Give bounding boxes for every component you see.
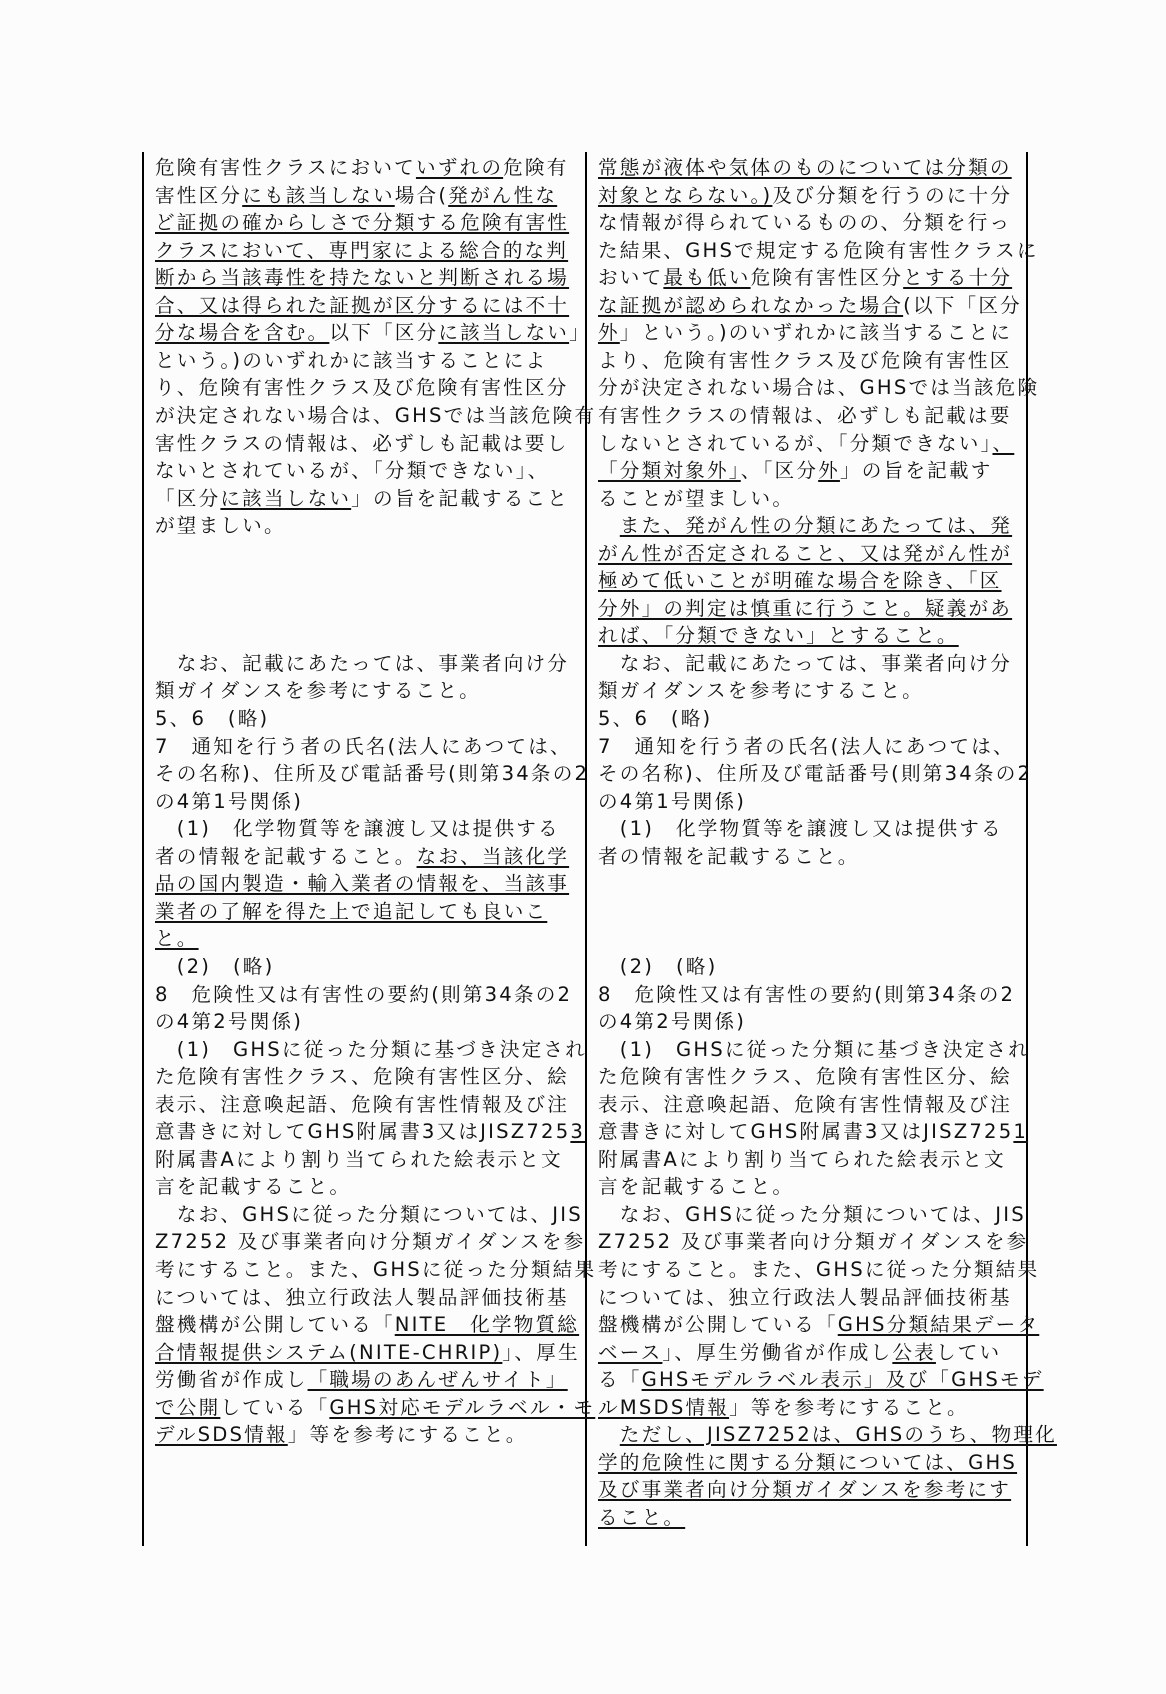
text-line: 言を記載すること。 (155, 1175, 351, 1199)
text-line: しないとされているが、「分類できない」、 (598, 432, 1014, 456)
text-line: 害性区分にも該当しない場合(発がん性な (155, 184, 557, 208)
text-line: なお、記載にあたっては、事業者向け分 (155, 652, 569, 676)
text-line: る「GHSモデルラベル表示」及び「GHSモデ (598, 1368, 1044, 1392)
text-line: 考にすること。また、GHSに従った分類結果 (155, 1258, 596, 1282)
underlined-amendment-text: いずれの (416, 156, 503, 179)
text-line: 対象とならない。)及び分類を行うのに十分 (598, 184, 1012, 208)
text-line: 附属書Aにより割り当てられた絵表示と文 (155, 1148, 563, 1172)
underlined-amendment-text: GHSモデルラベル表示」及び「GHSモデ (642, 1368, 1044, 1391)
text-line: なお、GHSに従った分類については、JIS (598, 1203, 1026, 1227)
text-segment: の4第2号関係) (598, 1010, 746, 1033)
text-line: 表示、注意喚起語、危険有害性情報及び注 (598, 1093, 1012, 1117)
text-segment: の4第1号関係) (155, 790, 303, 813)
text-segment (598, 514, 620, 537)
text-line: については、独立行政法人製品評価技術基 (598, 1286, 1012, 1310)
text-segment: り、危険有害性クラス及び危険有害性区分 (155, 376, 569, 399)
text-line: と。 (155, 927, 199, 951)
text-line: 極めて低いことが明確な場合を除き、「区 (598, 569, 1002, 593)
text-line: 「区分に該当しない」の旨を記載すること (155, 487, 569, 511)
text-line: 品の国内製造・輸入業者の情報を、当該事 (155, 872, 569, 896)
text-segment: (1) 化学物質等を譲渡し又は提供する (598, 817, 1003, 840)
text-segment: 危険有害性クラスにおいて (155, 156, 416, 179)
text-line: (1) GHSに従った分類に基づき決定され (598, 1038, 1030, 1062)
text-line: 8 危険性又は有害性の要約(則第34条の2 (598, 983, 1015, 1007)
text-line: の4第1号関係) (598, 790, 746, 814)
text-line: 分が決定されない場合は、GHSでは当該危険 (598, 376, 1039, 400)
text-line: な情報が得られているものの、分類を行っ (598, 211, 1011, 235)
text-segment: 有害性クラスの情報は、必ずしも記載は要 (598, 404, 1012, 427)
underlined-amendment-text: デルSDS情報 (155, 1423, 288, 1446)
text-line: た危険有害性クラス、危険有害性区分、絵 (155, 1065, 569, 1089)
text-line: 言を記載すること。 (598, 1175, 794, 1199)
text-line: な証拠が認められなかった場合(以下「区分 (598, 294, 1022, 318)
text-line: 断から当該毒性を持たないと判断される場 (155, 266, 569, 290)
text-segment: Z7252 及び事業者向け分類ガイダンスを参 (598, 1230, 1028, 1253)
text-line: 類ガイダンスを参考にすること。 (155, 679, 481, 703)
text-segment: しないとされているが、「分類できない」 (598, 432, 992, 455)
underlined-amendment-text: ただし、JISZ7252は、GHSのうち、物理化 (620, 1423, 1057, 1446)
underlined-amendment-text: ルMSDS情報 (598, 1396, 729, 1419)
text-line: 附属書Aにより割り当てられた絵表示と文 (598, 1148, 1006, 1172)
text-line: 学的危険性に関する分類については、GHS (598, 1451, 1017, 1475)
text-line: た危険有害性クラス、危険有害性区分、絵 (598, 1065, 1012, 1089)
text-line: 者の情報を記載すること。なお、当該化学 (155, 845, 569, 869)
text-line: (1) 化学物質等を譲渡し又は提供する (598, 817, 1003, 841)
underlined-amendment-text: 「分類対象外」 (598, 459, 741, 482)
text-segment: 意書きに対してGHS附属書3又はJISZ725 (598, 1120, 1013, 1143)
text-line: の4第2号関係) (155, 1010, 303, 1034)
text-line: (1) 化学物質等を譲渡し又は提供する (155, 817, 560, 841)
text-line: ただし、JISZ7252は、GHSのうち、物理化 (598, 1423, 1057, 1447)
text-line: という。)のいずれかに該当することによ (155, 349, 547, 373)
text-segment: 者の情報を記載すること。 (598, 845, 860, 868)
text-segment: その名称)、住所及び電話番号(則第34条の2 (598, 762, 1032, 785)
text-line: クラスにおいて、専門家による総合的な判 (155, 239, 568, 263)
underlined-amendment-text: ること。 (598, 1506, 685, 1529)
underlined-amendment-text: 公表 (892, 1341, 936, 1364)
text-line: 5、6 (略) (155, 707, 269, 731)
text-segment: が決定されない場合は、GHSでは当該危険有 (155, 404, 596, 427)
underlined-amendment-text: 対象とならない。) (598, 184, 772, 207)
text-segment: 」、厚生労働省が作成し (662, 1341, 892, 1364)
text-line: の4第1号関係) (155, 790, 303, 814)
underlined-amendment-text: 、 (992, 432, 1014, 455)
text-segment: 附属書Aにより割り当てられた絵表示と文 (155, 1148, 563, 1171)
text-segment: については、独立行政法人製品評価技術基 (155, 1286, 569, 1309)
text-segment: 害性区分 (155, 184, 242, 207)
underlined-amendment-text: 合情報提供システム(NITE-CHRIP) (155, 1341, 502, 1364)
text-segment: 5、6 (略) (598, 707, 712, 730)
text-line: その名称)、住所及び電話番号(則第34条の2 (598, 762, 1032, 786)
text-line: り、危険有害性クラス及び危険有害性区分 (155, 376, 569, 400)
text-line: ないとされているが、「分類できない」、 (155, 459, 549, 483)
underlined-amendment-text: 極めて低いことが明確な場合を除き、「区 (598, 569, 1002, 592)
underlined-amendment-text: 分な場合を含む。 (155, 321, 329, 344)
underlined-amendment-text: GHS対応モデルラベル・モ (329, 1396, 595, 1419)
text-segment: が望ましい。 (155, 514, 286, 537)
text-segment: なお、GHSに従った分類については、JIS (155, 1203, 583, 1226)
text-line: デルSDS情報」等を参考にすること。 (155, 1423, 528, 1447)
text-line: ること。 (598, 1506, 685, 1530)
text-line: Z7252 及び事業者向け分類ガイダンスを参 (155, 1230, 585, 1254)
text-segment: している「 (220, 1396, 329, 1419)
text-line: については、独立行政法人製品評価技術基 (155, 1286, 569, 1310)
text-line: 類ガイダンスを参考にすること。 (598, 679, 924, 703)
text-segment: 盤機構が公開している「 (598, 1313, 838, 1336)
text-segment: た結果、GHSで規定する危険有害性クラスに (598, 239, 1039, 262)
text-line: 害性クラスの情報は、必ずしも記載は要し (155, 432, 569, 456)
underlined-amendment-text: 及び事業者向け分類ガイダンスを参考にす (598, 1478, 1011, 1501)
text-line: が決定されない場合は、GHSでは当該危険有 (155, 404, 596, 428)
text-line: また、発がん性の分類にあたっては、発 (598, 514, 1012, 538)
text-segment: (2) (略) (598, 955, 717, 978)
text-segment: 「区分 (155, 487, 220, 510)
text-segment: ることが望ましい。 (598, 487, 794, 510)
underlined-amendment-text: 業者の了解を得た上で追記しても良いこ (155, 900, 547, 923)
text-line: 7 通知を行う者の氏名(法人にあつては、 (598, 735, 1015, 759)
text-segment: 危険有 (503, 156, 568, 179)
text-segment: 、「区分 (741, 459, 818, 482)
text-line: なお、記載にあたっては、事業者向け分 (598, 652, 1012, 676)
underlined-amendment-text: NITE 化学物質総 (395, 1313, 579, 1336)
text-segment: 労働省が作成し (155, 1368, 308, 1391)
text-line: 合、又は得られた証拠が区分するには不十 (155, 294, 569, 318)
underlined-amendment-text: 外 (818, 459, 840, 482)
text-line: 分外」の判定は慎重に行うこと。疑義があ (598, 597, 1012, 621)
text-segment: 表示、注意喚起語、危険有害性情報及び注 (598, 1093, 1012, 1116)
text-segment: 」等を参考にすること。 (288, 1423, 528, 1446)
text-segment: 類ガイダンスを参考にすること。 (155, 679, 481, 702)
text-line: (1) GHSに従った分類に基づき決定され (155, 1038, 587, 1062)
text-line: の4第2号関係) (598, 1010, 746, 1034)
underlined-amendment-text: に該当しない (220, 487, 351, 510)
underlined-amendment-text: ど証拠の確からしさで分類する危険有害性 (155, 211, 569, 234)
text-line: 分な場合を含む。以下「区分に該当しない」 (155, 321, 591, 345)
text-segment: 言を記載すること。 (598, 1175, 794, 1198)
text-line: (2) (略) (155, 955, 274, 979)
underlined-amendment-text: にも該当しない (242, 184, 395, 207)
text-segment: 盤機構が公開している「 (155, 1313, 395, 1336)
text-line: で公開している「GHS対応モデルラベル・モ (155, 1396, 595, 1420)
underlined-amendment-text: と。 (155, 927, 199, 950)
text-segment: 」の旨を記載すること (351, 487, 569, 510)
text-segment: 者の情報を記載すること。 (155, 845, 417, 868)
text-segment: してい (936, 1341, 1001, 1364)
text-segment: 分が決定されない場合は、GHSでは当該危険 (598, 376, 1039, 399)
text-segment: る「 (598, 1368, 642, 1391)
text-segment: た危険有害性クラス、危険有害性区分、絵 (155, 1065, 569, 1088)
text-line: ど証拠の確からしさで分類する危険有害性 (155, 211, 569, 235)
text-line: 及び事業者向け分類ガイダンスを参考にす (598, 1478, 1011, 1502)
text-segment: (以下「区分 (903, 294, 1022, 317)
underlined-amendment-text: 合、又は得られた証拠が区分するには不十 (155, 294, 569, 317)
text-line: 危険有害性クラスにおいていずれの危険有 (155, 156, 569, 180)
column-divider-rule (585, 152, 587, 1546)
text-segment: 考にすること。また、GHSに従った分類結果 (155, 1258, 596, 1281)
underlined-amendment-text: 品の国内製造・輸入業者の情報を、当該事 (155, 872, 569, 895)
underlined-amendment-text: 常態が液体や気体のものについては分類の (598, 156, 1012, 179)
underlined-amendment-text: GHS分類結果データ (838, 1313, 1040, 1336)
text-segment: 8 危険性又は有害性の要約(則第34条の2 (598, 983, 1015, 1006)
text-line: 「分類対象外」、「区分外」の旨を記載す (598, 459, 993, 483)
text-line: (2) (略) (598, 955, 717, 979)
text-segment: (1) 化学物質等を譲渡し又は提供する (155, 817, 560, 840)
text-segment: な情報が得られているものの、分類を行っ (598, 211, 1011, 234)
text-segment: 」の旨を記載す (840, 459, 993, 482)
underlined-amendment-text: なお、当該化学 (417, 845, 570, 868)
text-segment: なお、記載にあたっては、事業者向け分 (155, 652, 569, 675)
underlined-amendment-text: ベース (598, 1341, 662, 1364)
text-line: おいて最も低い危険有害性区分とする十分 (598, 266, 1012, 290)
text-segment: 7 通知を行う者の氏名(法人にあつては、 (598, 735, 1015, 758)
underlined-amendment-text: 発がん性な (448, 184, 557, 207)
text-segment: (1) GHSに従った分類に基づき決定され (598, 1038, 1030, 1061)
text-line: ルMSDS情報」等を参考にすること。 (598, 1396, 969, 1420)
underlined-amendment-text: 3 (570, 1120, 585, 1143)
underlined-amendment-text: また、発がん性の分類にあたっては、発 (620, 514, 1012, 537)
text-segment: その名称)、住所及び電話番号(則第34条の2 (155, 762, 589, 785)
text-line: Z7252 及び事業者向け分類ガイダンスを参 (598, 1230, 1028, 1254)
text-segment: という。)のいずれかに該当することによ (155, 349, 547, 372)
text-segment: なお、記載にあたっては、事業者向け分 (598, 652, 1012, 675)
underlined-amendment-text: な証拠が認められなかった場合 (598, 294, 903, 317)
text-line: 考にすること。また、GHSに従った分類結果 (598, 1258, 1039, 1282)
text-line: なお、GHSに従った分類については、JIS (155, 1203, 583, 1227)
text-line: 7 通知を行う者の氏名(法人にあつては、 (155, 735, 572, 759)
text-line: 労働省が作成し「職場のあんぜんサイト」 (155, 1368, 568, 1392)
text-line: がん性が否定されること、又は発がん性が (598, 542, 1012, 566)
underlined-amendment-text: で公開 (155, 1396, 220, 1419)
text-segment: 危険有害性区分 (751, 266, 904, 289)
text-segment: なお、GHSに従った分類については、JIS (598, 1203, 1026, 1226)
underlined-amendment-text: 学的危険性に関する分類については、GHS (598, 1451, 1017, 1474)
text-line: その名称)、住所及び電話番号(則第34条の2 (155, 762, 589, 786)
text-line: 8 危険性又は有害性の要約(則第34条の2 (155, 983, 572, 1007)
underlined-amendment-text: に該当しない (438, 321, 569, 344)
text-segment: 8 危険性又は有害性の要約(則第34条の2 (155, 983, 572, 1006)
text-segment: 」という。)のいずれかに該当することに (620, 321, 1012, 344)
text-line: 盤機構が公開している「GHS分類結果データ (598, 1313, 1039, 1337)
left-border-rule (142, 152, 144, 1546)
text-segment: 意書きに対してGHS附属書3又はJISZ725 (155, 1120, 570, 1143)
text-segment: (1) GHSに従った分類に基づき決定され (155, 1038, 587, 1061)
text-segment: の4第2号関係) (155, 1010, 303, 1033)
text-segment: Z7252 及び事業者向け分類ガイダンスを参 (155, 1230, 585, 1253)
text-segment: 以下「区分 (329, 321, 438, 344)
text-line: 者の情報を記載すること。 (598, 845, 860, 869)
text-line: た結果、GHSで規定する危険有害性クラスに (598, 239, 1039, 263)
text-line: 盤機構が公開している「NITE 化学物質総 (155, 1313, 579, 1337)
text-segment (598, 1423, 620, 1446)
underlined-amendment-text: れば、「分類できない」とすること。 (598, 624, 959, 647)
underlined-amendment-text: とする十分 (903, 266, 1012, 289)
text-segment: 」 (569, 321, 591, 344)
text-segment: については、独立行政法人製品評価技術基 (598, 1286, 1012, 1309)
underlined-amendment-text: 1 (1013, 1120, 1028, 1143)
text-segment: 言を記載すること。 (155, 1175, 351, 1198)
text-segment: の4第1号関係) (598, 790, 746, 813)
text-line: 有害性クラスの情報は、必ずしも記載は要 (598, 404, 1012, 428)
text-segment: 場合( (395, 184, 448, 207)
underlined-amendment-text: 分外」の判定は慎重に行うこと。疑義があ (598, 597, 1012, 620)
underlined-amendment-text: 「職場のあんぜんサイト」 (308, 1368, 568, 1391)
text-line: 5、6 (略) (598, 707, 712, 731)
text-segment: 5、6 (略) (155, 707, 269, 730)
underlined-amendment-text: がん性が否定されること、又は発がん性が (598, 542, 1012, 565)
text-segment: ないとされているが、「分類できない」、 (155, 459, 549, 482)
text-line: 表示、注意喚起語、危険有害性情報及び注 (155, 1093, 569, 1117)
text-line: が望ましい。 (155, 514, 286, 538)
underlined-amendment-text: 最も低い (663, 266, 750, 289)
underlined-amendment-text: クラスにおいて、専門家による総合的な判 (155, 239, 568, 262)
text-segment: より、危険有害性クラス及び危険有害性区 (598, 349, 1012, 372)
text-line: れば、「分類できない」とすること。 (598, 624, 959, 648)
text-segment: 及び分類を行うのに十分 (772, 184, 1012, 207)
underlined-amendment-text: 断から当該毒性を持たないと判断される場 (155, 266, 569, 289)
text-segment: 害性クラスの情報は、必ずしも記載は要し (155, 432, 569, 455)
text-line: 業者の了解を得た上で追記しても良いこ (155, 900, 547, 924)
text-line: 意書きに対してGHS附属書3又はJISZ7253 (155, 1120, 585, 1144)
text-line: 合情報提供システム(NITE-CHRIP)」、厚生 (155, 1341, 580, 1365)
text-line: 常態が液体や気体のものについては分類の (598, 156, 1012, 180)
text-line: ベース」、厚生労働省が作成し公表してい (598, 1341, 1001, 1365)
text-line: 意書きに対してGHS附属書3又はJISZ7251 (598, 1120, 1028, 1144)
text-segment: 附属書Aにより割り当てられた絵表示と文 (598, 1148, 1006, 1171)
text-segment: 」等を参考にすること。 (729, 1396, 969, 1419)
text-segment: 考にすること。また、GHSに従った分類結果 (598, 1258, 1039, 1281)
text-segment: 表示、注意喚起語、危険有害性情報及び注 (155, 1093, 569, 1116)
text-segment: (2) (略) (155, 955, 274, 978)
text-line: ることが望ましい。 (598, 487, 794, 511)
text-line: 外」という。)のいずれかに該当することに (598, 321, 1012, 345)
text-segment: 」、厚生 (502, 1341, 579, 1364)
text-segment: おいて (598, 266, 663, 289)
text-segment: 類ガイダンスを参考にすること。 (598, 679, 924, 702)
text-line: より、危険有害性クラス及び危険有害性区 (598, 349, 1012, 373)
underlined-amendment-text: 外 (598, 321, 620, 344)
text-segment: た危険有害性クラス、危険有害性区分、絵 (598, 1065, 1012, 1088)
text-segment: 7 通知を行う者の氏名(法人にあつては、 (155, 735, 572, 758)
